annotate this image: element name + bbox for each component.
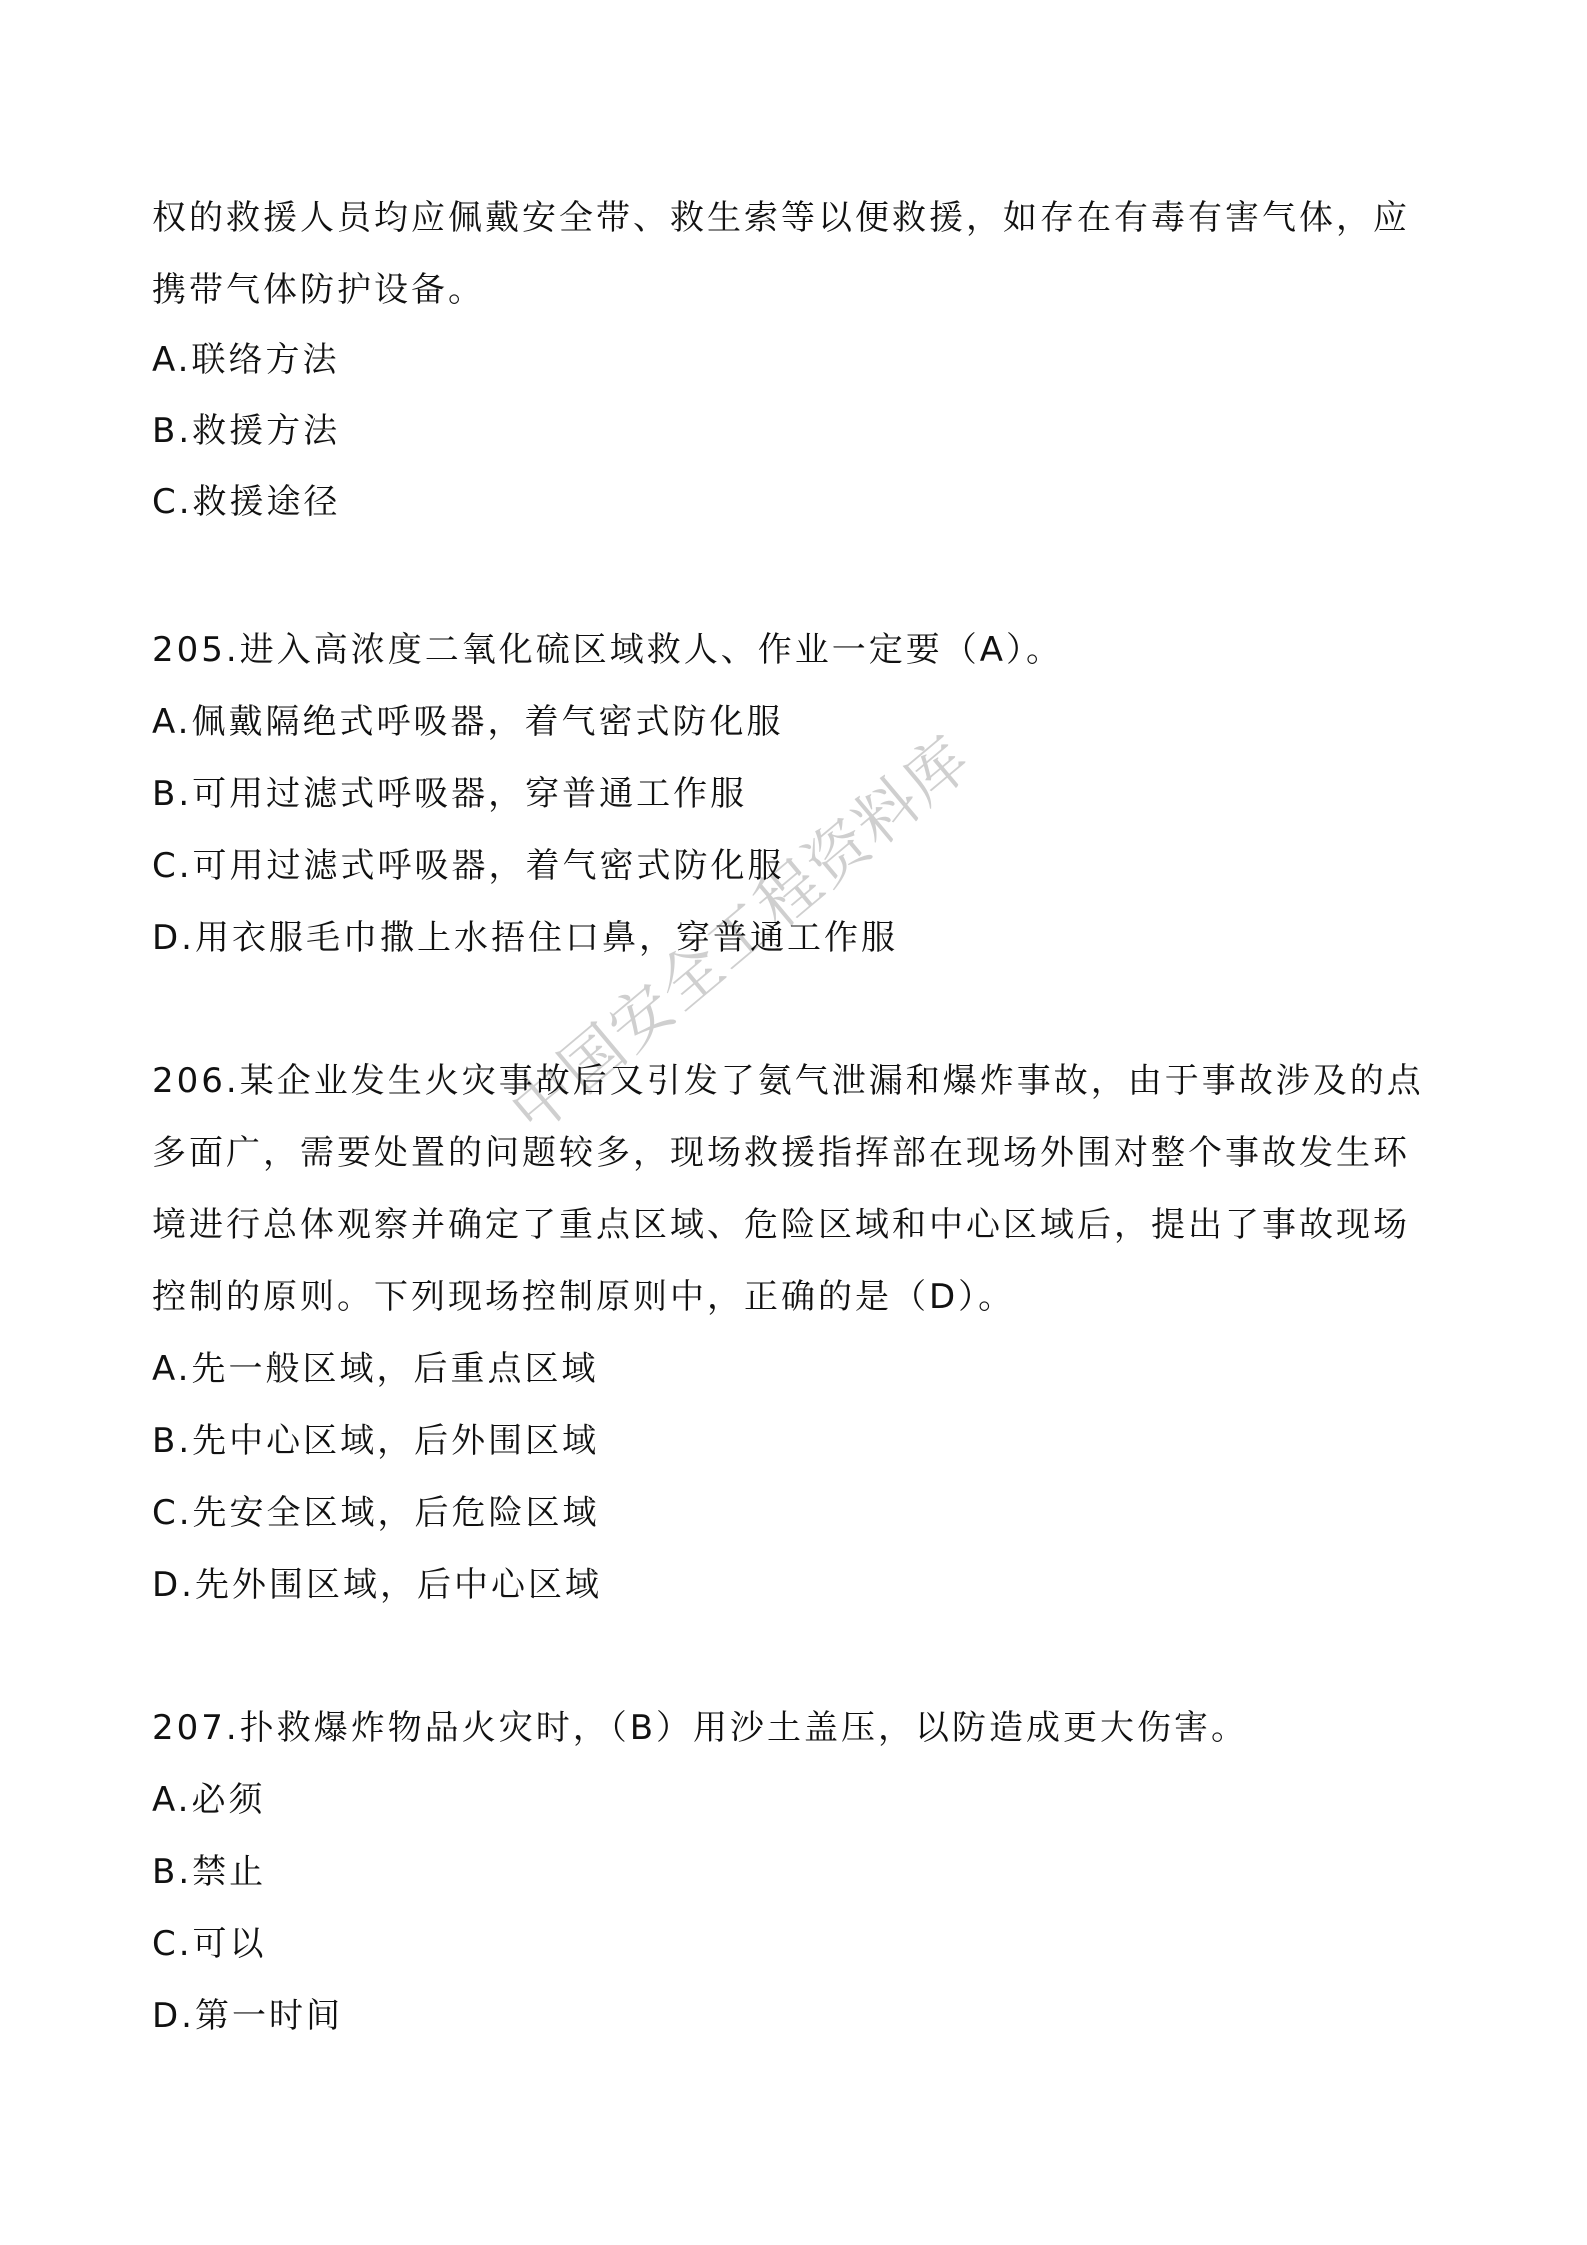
question-stem: 207.扑救爆炸物品火灾时，（B）用沙土盖压，以防造成更大伤害。	[152, 1708, 1248, 1748]
option-a: A.必须	[152, 1780, 265, 1820]
option-b: B.救援方法	[152, 411, 340, 451]
option-b: B.禁止	[152, 1852, 266, 1892]
option-d: D.先外围区域，后中心区域	[152, 1565, 602, 1605]
question-stem-line: 206.某企业发生火灾事故后又引发了氨气泄漏和爆炸事故，由于事故涉及的点	[152, 1061, 1424, 1101]
question-text-line: 权的救援人员均应佩戴安全带、救生索等以便救援，如存在有毒有害气体，应	[152, 198, 1410, 238]
option-c: C.救援途径	[152, 482, 341, 522]
question-stem-line: 境进行总体观察并确定了重点区域、危险区域和中心区域后，提出了事故现场	[152, 1205, 1410, 1245]
question-stem: 205.进入高浓度二氧化硫区域救人、作业一定要（A）。	[152, 630, 1063, 670]
option-c: C.可以	[152, 1924, 267, 1964]
option-a: A.佩戴隔绝式呼吸器，着气密式防化服	[152, 702, 783, 742]
option-a: A.先一般区域，后重点区域	[152, 1349, 598, 1389]
option-b: B.可用过滤式呼吸器，穿普通工作服	[152, 774, 747, 814]
question-stem-line: 控制的原则。下列现场控制原则中，正确的是（D）。	[152, 1277, 1015, 1317]
question-stem-line: 多面广，需要处置的问题较多，现场救援指挥部在现场外围对整个事故发生环	[152, 1133, 1410, 1173]
option-a: A.联络方法	[152, 340, 339, 380]
option-d: D.第一时间	[152, 1996, 343, 2036]
option-c: C.可用过滤式呼吸器，着气密式防化服	[152, 846, 785, 886]
document-page: 中国安全工程资料库 权的救援人员均应佩戴安全带、救生索等以便救援，如存在有毒有害…	[0, 0, 1587, 2245]
option-c: C.先安全区域，后危险区域	[152, 1493, 600, 1533]
question-text-line: 携带气体防护设备。	[152, 270, 485, 310]
option-b: B.先中心区域，后外围区域	[152, 1421, 599, 1461]
option-d: D.用衣服毛巾撒上水捂住口鼻，穿普通工作服	[152, 918, 898, 958]
